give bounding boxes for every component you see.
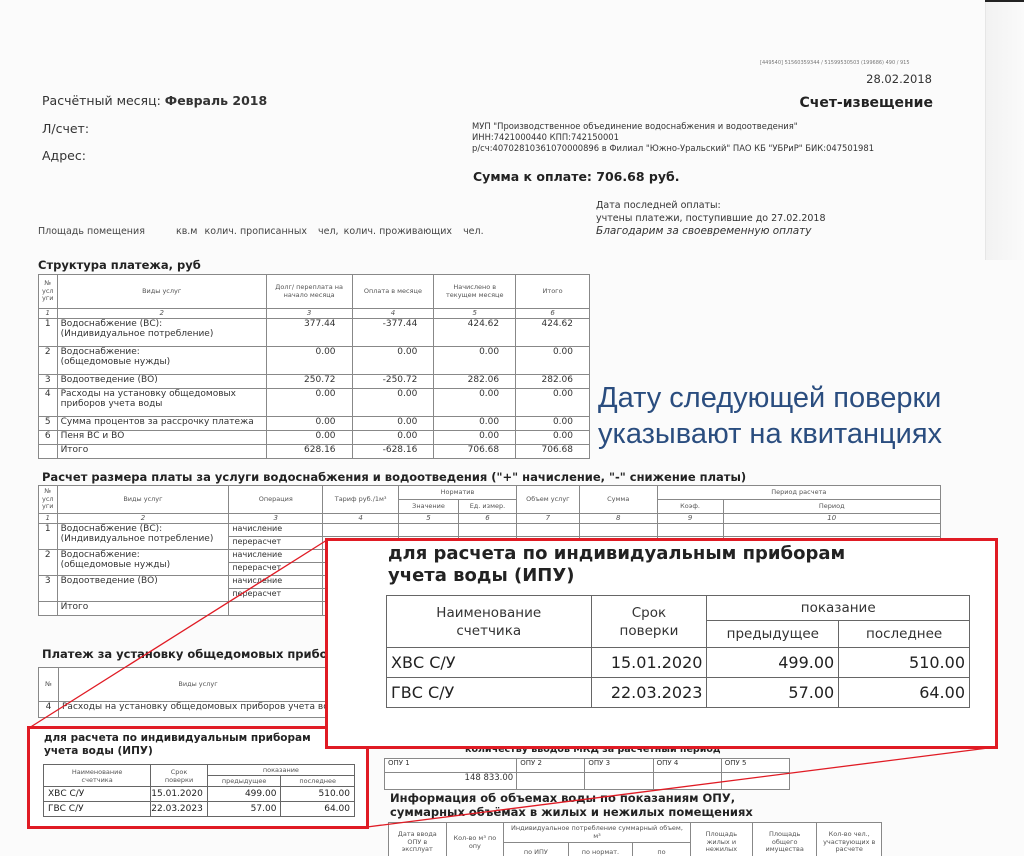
ipu-small-col-last: последнее bbox=[281, 776, 355, 787]
organization-info: МУП "Производственное объединение водосн… bbox=[472, 121, 874, 154]
row-service: Сумма процентов за рассрочку платежа bbox=[57, 417, 266, 431]
install-table: № Виды услуг 4 Расходы на установку обще… bbox=[38, 667, 338, 718]
opu-1-header: ОПУ 1 bbox=[385, 759, 517, 773]
ipu-small-col-prev: предыдущее bbox=[207, 776, 281, 787]
meter-check-date: 15.01.2020 bbox=[591, 648, 707, 678]
annotation-line1: Дату следующей поверки bbox=[598, 380, 942, 416]
row-number: 1 bbox=[39, 319, 58, 347]
row-service: Водоснабжение:(общедомовые нужды) bbox=[57, 550, 229, 576]
registered-label: колич. прописанных bbox=[205, 226, 307, 237]
ipu-large-row: ГВС С/У22.03.202357.0064.00 bbox=[387, 678, 970, 708]
calc-total-label: Итого bbox=[57, 602, 229, 616]
structure-title: Структура платежа, руб bbox=[38, 258, 201, 272]
service-line1: Расходы на установку общедомовых bbox=[61, 389, 263, 399]
area-line: Площадь помещения кв.м колич. прописанны… bbox=[38, 226, 484, 237]
volumes-table: Дата ввода ОПУ в эксплуат Кол-во м³ по о… bbox=[388, 822, 882, 856]
row-debt: 0.00 bbox=[266, 431, 352, 445]
row-paid: 0.00 bbox=[352, 389, 434, 417]
col-coef: Коэф. bbox=[657, 500, 723, 514]
index-cell: 2 bbox=[57, 514, 229, 524]
ipu-large-row: ХВС С/У15.01.2020499.00510.00 bbox=[387, 648, 970, 678]
col-opu-date: Дата ввода ОПУ в эксплуат bbox=[389, 823, 447, 856]
row-total: 424.62 bbox=[516, 319, 590, 347]
service-line1: Водоснабжение (ВС): bbox=[61, 319, 263, 329]
row-operation: начисление bbox=[229, 576, 323, 589]
index-cell: 4 bbox=[323, 514, 399, 524]
amount-due: Сумма к оплате: 706.68 руб. bbox=[473, 169, 679, 184]
cell bbox=[459, 524, 517, 537]
col-norm-unit: Ед. измер. bbox=[459, 500, 517, 514]
row-charged: 424.62 bbox=[434, 319, 516, 347]
col-period-group: Период расчета bbox=[657, 486, 940, 500]
organization-name: МУП "Производственное объединение водосн… bbox=[472, 121, 874, 132]
row-number: 4 bbox=[39, 389, 58, 417]
cell bbox=[399, 524, 459, 537]
row-service: Водоснабжение (ВС):(Индивидуальное потре… bbox=[57, 524, 229, 550]
meter-check-date: 15.01.2020 bbox=[151, 787, 208, 802]
amount-due-label: Сумма к оплате: bbox=[473, 169, 592, 184]
install-row: 4 Расходы на установку общедомовых прибо… bbox=[39, 702, 338, 718]
page-edge-top bbox=[985, 0, 1024, 2]
row-debt: 250.72 bbox=[266, 375, 352, 389]
organization-tax-ids: ИНН:7421000440 КПП:742150001 bbox=[472, 132, 874, 143]
index-cell: 8 bbox=[579, 514, 657, 524]
service-line1: Водоснабжение: bbox=[61, 550, 226, 560]
row-paid: -628.16 bbox=[352, 445, 434, 459]
table-row: 4Расходы на установку общедомовыхприборо… bbox=[39, 389, 590, 417]
organization-bank: р/сч:40702810361070000896 в Филиал "Южно… bbox=[472, 143, 874, 154]
account-label: Л/счет: bbox=[42, 121, 89, 136]
index-cell: 9 bbox=[657, 514, 723, 524]
col-total: Итого bbox=[516, 275, 590, 309]
opu-3-value bbox=[585, 773, 653, 790]
index-cell: 7 bbox=[516, 514, 579, 524]
meter-prev-reading: 57.00 bbox=[707, 678, 839, 708]
billing-month-label: Расчётный месяц: bbox=[42, 93, 161, 108]
document-date: 28.02.2018 bbox=[866, 72, 932, 86]
row-charged: 0.00 bbox=[434, 431, 516, 445]
cell bbox=[229, 602, 323, 616]
col-by-ipu: по ИПУ bbox=[504, 843, 569, 856]
row-total: 0.00 bbox=[516, 347, 590, 375]
opu-values-row: 148 833.00 bbox=[385, 773, 790, 790]
row-number: 3 bbox=[39, 576, 58, 602]
install-row-service: Расходы на установку общедомовых приборо… bbox=[59, 702, 338, 718]
amount-due-value: 706.68 руб. bbox=[596, 169, 679, 184]
ipu-small-col-check: Срокповерки bbox=[151, 765, 208, 787]
col-common-area: Площадь общего имущества bbox=[752, 823, 817, 856]
row-debt: 0.00 bbox=[266, 347, 352, 375]
row-charged: 0.00 bbox=[434, 389, 516, 417]
calc-index-row: 1 2 3 4 5 6 7 8 9 10 bbox=[39, 514, 941, 524]
ipu-large-table: Наименованиесчетчика Срокповерки показан… bbox=[386, 595, 970, 708]
opu-2-header: ОПУ 2 bbox=[517, 759, 585, 773]
index-cell: 4 bbox=[352, 309, 434, 319]
col-norm: Норматив bbox=[399, 486, 517, 500]
service-line2: приборов учета воды bbox=[61, 399, 263, 409]
row-operation: начисление bbox=[229, 550, 323, 563]
meter-name: ХВС С/У bbox=[387, 648, 592, 678]
billing-month-value: Февраль 2018 bbox=[165, 93, 267, 108]
structure-table: № усл уги Виды услуг Долг/ переплата на … bbox=[38, 274, 590, 459]
col-by-other: по bbox=[633, 843, 691, 856]
meter-name: ГВС С/У bbox=[44, 802, 151, 817]
meter-prev-reading: 499.00 bbox=[207, 787, 281, 802]
row-debt: 377.44 bbox=[266, 319, 352, 347]
row-number: 2 bbox=[39, 347, 58, 375]
row-charged: 282.06 bbox=[434, 375, 516, 389]
cell bbox=[516, 524, 579, 537]
table-row: 6Пеня ВС и ВО0.000.000.000.00 bbox=[39, 431, 590, 445]
row-number: 2 bbox=[39, 550, 58, 576]
col-people: Кол-во чел., участвующих в расчете bbox=[817, 823, 882, 856]
ipu-zoomed-highlight: для расчета по индивидуальным приборам у… bbox=[325, 538, 998, 749]
row-debt: 628.16 bbox=[266, 445, 352, 459]
row-service: Водоснабжение (ВС):(Индивидуальное потре… bbox=[57, 319, 266, 347]
col-period: Период bbox=[723, 500, 940, 514]
row-paid: 0.00 bbox=[352, 417, 434, 431]
document-title: Счет-извещение bbox=[799, 95, 933, 111]
table-row: 1Водоснабжение (ВС):(Индивидуальное потр… bbox=[39, 319, 590, 347]
service-line2: (Индивидуальное потребление) bbox=[61, 534, 226, 544]
payment-info: Дата последней оплаты: учтены платежи, п… bbox=[596, 199, 826, 238]
ipu-small-row: ГВС С/У22.03.202357.0064.00 bbox=[44, 802, 355, 817]
meter-prev-reading: 499.00 bbox=[707, 648, 839, 678]
receipt-page: Расчётный месяц: Февраль 2018 Л/счет: Ад… bbox=[0, 0, 1024, 856]
col-norm-value: Значение bbox=[399, 500, 459, 514]
col-operation: Операция bbox=[229, 486, 323, 514]
index-cell: 10 bbox=[723, 514, 940, 524]
service-line1: Водоотведение (ВО) bbox=[61, 375, 263, 385]
col-service: Виды услуг bbox=[57, 486, 229, 514]
ipu-large-col-name: Наименованиесчетчика bbox=[387, 596, 592, 648]
last-payment-label: Дата последней оплаты: bbox=[596, 199, 826, 212]
col-sum: Сумма bbox=[579, 486, 657, 514]
index-cell: 5 bbox=[434, 309, 516, 319]
ipu-large-header-row: Наименованиесчетчика Срокповерки показан… bbox=[387, 596, 970, 621]
row-number bbox=[39, 445, 58, 459]
col-tariff: Тариф руб./1м³ bbox=[323, 486, 399, 514]
col-service: Виды услуг bbox=[59, 668, 338, 702]
service-line1: Сумма процентов за рассрочку платежа bbox=[61, 417, 263, 427]
row-operation: перерасчет bbox=[229, 589, 323, 602]
page-edge bbox=[985, 0, 1024, 260]
index-cell: 3 bbox=[229, 514, 323, 524]
row-service: Водоотведение (ВО) bbox=[57, 375, 266, 389]
thanks-text: Благодарим за своевременную оплату bbox=[596, 225, 826, 238]
calc-title: Расчет размера платы за услуги водоснабж… bbox=[42, 470, 746, 484]
row-operation: перерасчет bbox=[229, 563, 323, 576]
annotation-note: Дату следующей поверки указывают на квит… bbox=[598, 380, 942, 452]
row-paid: 0.00 bbox=[352, 347, 434, 375]
cell bbox=[723, 524, 940, 537]
table-row: 1Водоснабжение (ВС):(Индивидуальное потр… bbox=[39, 524, 941, 537]
calc-header-row: № усл уги Виды услуг Операция Тариф руб.… bbox=[39, 486, 941, 500]
col-service-no: № усл уги bbox=[39, 486, 58, 514]
ipu-small-col-name: Наименованиесчетчика bbox=[44, 765, 151, 787]
volumes-title-line2: суммарных объёмах в жилых и нежилых поме… bbox=[390, 805, 753, 819]
ipu-small-title-line1: для расчета по индивидуальным приборам bbox=[44, 732, 311, 745]
ipu-small-title-line2: учета воды (ИПУ) bbox=[44, 745, 311, 758]
residents-label: колич. проживающих bbox=[344, 226, 452, 237]
install-title: Платеж за установку общедомовых приборов bbox=[42, 647, 351, 661]
row-total: 0.00 bbox=[516, 417, 590, 431]
install-header-row: № Виды услуг bbox=[39, 668, 338, 702]
row-paid: -377.44 bbox=[352, 319, 434, 347]
ipu-large-col-check: Срокповерки bbox=[591, 596, 707, 648]
row-paid: -250.72 bbox=[352, 375, 434, 389]
ipu-large-col-last: последнее bbox=[839, 621, 970, 648]
volumes-title: Информация об объемах воды по показаниям… bbox=[390, 791, 753, 819]
service-line1: Итого bbox=[61, 445, 263, 455]
col-paid: Оплата в месяце bbox=[352, 275, 434, 309]
meter-last-reading: 64.00 bbox=[839, 678, 970, 708]
row-charged: 706.68 bbox=[434, 445, 516, 459]
structure-index-row: 1 2 3 4 5 6 bbox=[39, 309, 590, 319]
area-unit: кв.м bbox=[176, 226, 198, 237]
cell bbox=[579, 524, 657, 537]
col-no: № bbox=[39, 668, 59, 702]
index-cell: 6 bbox=[516, 309, 590, 319]
opu-3-header: ОПУ 3 bbox=[585, 759, 653, 773]
table-row: 5Сумма процентов за рассрочку платежа0.0… bbox=[39, 417, 590, 431]
row-total: 282.06 bbox=[516, 375, 590, 389]
meter-last-reading: 510.00 bbox=[281, 787, 355, 802]
residents-unit: чел. bbox=[463, 226, 484, 237]
address-label: Адрес: bbox=[42, 148, 86, 163]
billing-month: Расчётный месяц: Февраль 2018 bbox=[42, 93, 267, 108]
opu-5-header: ОПУ 5 bbox=[721, 759, 789, 773]
service-line2: (Индивидуальное потребление) bbox=[61, 329, 263, 339]
row-debt: 0.00 bbox=[266, 417, 352, 431]
ipu-large-col-reading: показание bbox=[707, 596, 970, 621]
row-number: 1 bbox=[39, 524, 58, 550]
row-total: 0.00 bbox=[516, 389, 590, 417]
col-living-area: Площадь жилых и нежилых bbox=[690, 823, 752, 856]
index-cell: 3 bbox=[266, 309, 352, 319]
row-total: 706.68 bbox=[516, 445, 590, 459]
opu-4-value bbox=[653, 773, 721, 790]
index-cell: 5 bbox=[399, 514, 459, 524]
opu-1-value: 148 833.00 bbox=[385, 773, 517, 790]
payments-note: учтены платежи, поступившие до 27.02.201… bbox=[596, 212, 826, 225]
cell bbox=[323, 524, 399, 537]
service-line2: (общедомовые нужды) bbox=[61, 357, 263, 367]
opu-5-value bbox=[721, 773, 789, 790]
meter-last-reading: 64.00 bbox=[281, 802, 355, 817]
ipu-small-title: для расчета по индивидуальным приборам у… bbox=[44, 732, 311, 757]
row-operation: перерасчет bbox=[229, 537, 323, 550]
ipu-small-col-reading: показание bbox=[207, 765, 354, 776]
opu-header-row: ОПУ 1 ОПУ 2 ОПУ 3 ОПУ 4 ОПУ 5 bbox=[385, 759, 790, 773]
index-cell: 2 bbox=[57, 309, 266, 319]
row-paid: 0.00 bbox=[352, 431, 434, 445]
ipu-large-title-line1: для расчета по индивидуальным приборам bbox=[388, 543, 845, 565]
row-service: Водоснабжение:(общедомовые нужды) bbox=[57, 347, 266, 375]
col-by-norm: по нормат. bbox=[568, 843, 633, 856]
col-opu-volume: Кол-во м³ по опу bbox=[446, 823, 504, 856]
barcode-text: [449540] 51560359344 / 51599530503 (1996… bbox=[760, 60, 910, 66]
row-service: Итого bbox=[57, 445, 266, 459]
meter-prev-reading: 57.00 bbox=[207, 802, 281, 817]
table-row: 3Водоотведение (ВО)250.72-250.72282.0628… bbox=[39, 375, 590, 389]
row-debt: 0.00 bbox=[266, 389, 352, 417]
col-charged: Начислено в текущем месяце bbox=[434, 275, 516, 309]
meter-name: ГВС С/У bbox=[387, 678, 592, 708]
row-service: Водоотведение (ВО) bbox=[57, 576, 229, 602]
col-service: Виды услуг bbox=[57, 275, 266, 309]
ipu-original-highlight: для расчета по индивидуальным приборам у… bbox=[27, 726, 369, 829]
row-number: 6 bbox=[39, 431, 58, 445]
meter-check-date: 22.03.2023 bbox=[151, 802, 208, 817]
col-volume: Объем услуг bbox=[516, 486, 579, 514]
col-service-no: № усл уги bbox=[39, 275, 58, 309]
meter-last-reading: 510.00 bbox=[839, 648, 970, 678]
registered-unit: чел, bbox=[318, 226, 339, 237]
row-number: 5 bbox=[39, 417, 58, 431]
meter-name: ХВС С/У bbox=[44, 787, 151, 802]
row-charged: 0.00 bbox=[434, 347, 516, 375]
cell bbox=[39, 602, 58, 616]
install-row-no: 4 bbox=[39, 702, 59, 718]
table-row: Итого628.16-628.16706.68706.68 bbox=[39, 445, 590, 459]
ipu-large-col-prev: предыдущее bbox=[707, 621, 839, 648]
opu-2-value bbox=[517, 773, 585, 790]
ipu-small-row: ХВС С/У15.01.2020499.00510.00 bbox=[44, 787, 355, 802]
opu-table: ОПУ 1 ОПУ 2 ОПУ 3 ОПУ 4 ОПУ 5 148 833.00 bbox=[384, 758, 790, 790]
row-operation: начисление bbox=[229, 524, 323, 537]
col-debt: Долг/ переплата на начало месяца bbox=[266, 275, 352, 309]
index-cell: 6 bbox=[459, 514, 517, 524]
opu-4-header: ОПУ 4 bbox=[653, 759, 721, 773]
row-charged: 0.00 bbox=[434, 417, 516, 431]
table-row: 2Водоснабжение:(общедомовые нужды)0.000.… bbox=[39, 347, 590, 375]
row-service: Пеня ВС и ВО bbox=[57, 431, 266, 445]
volumes-title-line1: Информация об объемах воды по показаниям… bbox=[390, 791, 753, 805]
ipu-large-title: для расчета по индивидуальным приборам у… bbox=[388, 543, 845, 587]
index-cell: 1 bbox=[39, 514, 58, 524]
index-cell: 1 bbox=[39, 309, 58, 319]
service-line1: Водоотведение (ВО) bbox=[61, 576, 226, 586]
ipu-small-table: Наименованиесчетчика Срокповерки показан… bbox=[43, 764, 355, 817]
structure-header-row: № усл уги Виды услуг Долг/ переплата на … bbox=[39, 275, 590, 309]
col-individual: Индивидуальное потребление суммарный объ… bbox=[504, 823, 691, 843]
row-number: 3 bbox=[39, 375, 58, 389]
volumes-header-row: Дата ввода ОПУ в эксплуат Кол-во м³ по о… bbox=[389, 823, 882, 843]
area-label: Площадь помещения bbox=[38, 226, 145, 237]
cell bbox=[657, 524, 723, 537]
service-line2: (общедомовые нужды) bbox=[61, 560, 226, 570]
service-line1: Водоснабжение (ВС): bbox=[61, 524, 226, 534]
row-total: 0.00 bbox=[516, 431, 590, 445]
service-line1: Водоснабжение: bbox=[61, 347, 263, 357]
row-service: Расходы на установку общедомовыхприборов… bbox=[57, 389, 266, 417]
ipu-large-title-line2: учета воды (ИПУ) bbox=[388, 565, 845, 587]
annotation-line2: указывают на квитанциях bbox=[598, 416, 942, 452]
ipu-small-header-row: Наименованиесчетчика Срокповерки показан… bbox=[44, 765, 355, 776]
service-line1: Пеня ВС и ВО bbox=[61, 431, 263, 441]
meter-check-date: 22.03.2023 bbox=[591, 678, 707, 708]
